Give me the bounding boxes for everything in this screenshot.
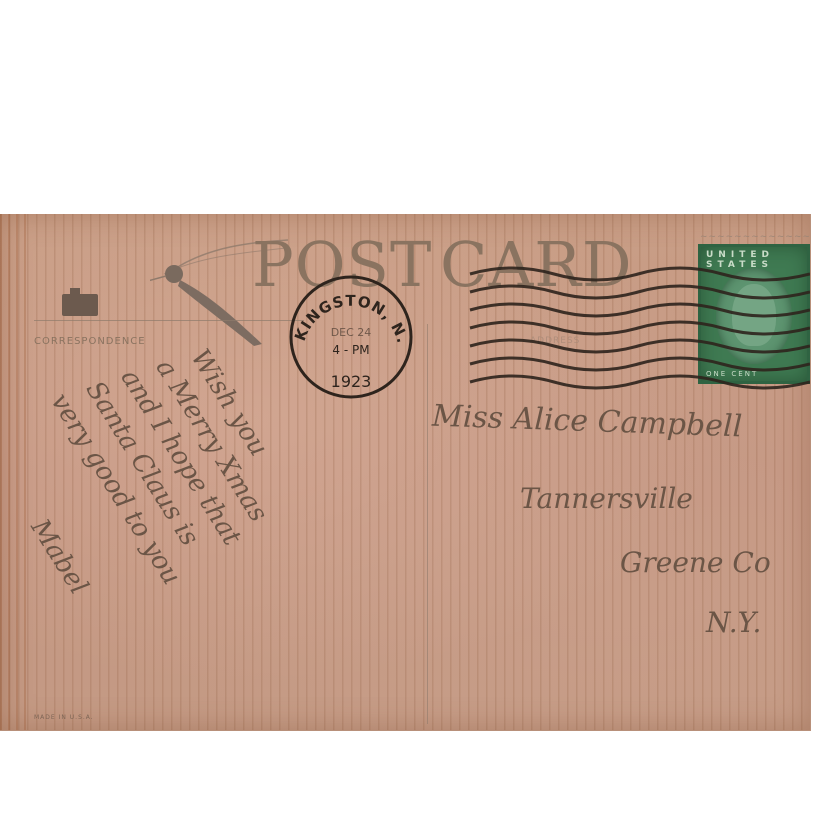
center-divider xyxy=(427,324,428,724)
card-edge-stripes xyxy=(0,214,28,730)
handwritten-message: Wish you a Merry Xmas and I hope that Sa… xyxy=(60,344,420,724)
address-line-county: Greene Co xyxy=(620,546,771,579)
address-line-town: Tannersville xyxy=(520,482,693,515)
wavy-cancellation-lines-icon xyxy=(466,262,810,392)
svg-text:DEC 24: DEC 24 xyxy=(331,326,372,339)
stamp-perforation-mark: ~~~~~~~~~~~~~~~~ xyxy=(700,232,810,242)
address-line-state: N.Y. xyxy=(706,606,761,639)
header-rule xyxy=(34,320,304,321)
message-signature: Mabel xyxy=(25,514,94,600)
postcard-back: POST CARD CORRESPONDENCE ADDRESS MADE IN… xyxy=(0,214,811,731)
inkwell-icon xyxy=(60,284,100,318)
address-line-name: Miss Alice Campbell xyxy=(431,399,742,445)
